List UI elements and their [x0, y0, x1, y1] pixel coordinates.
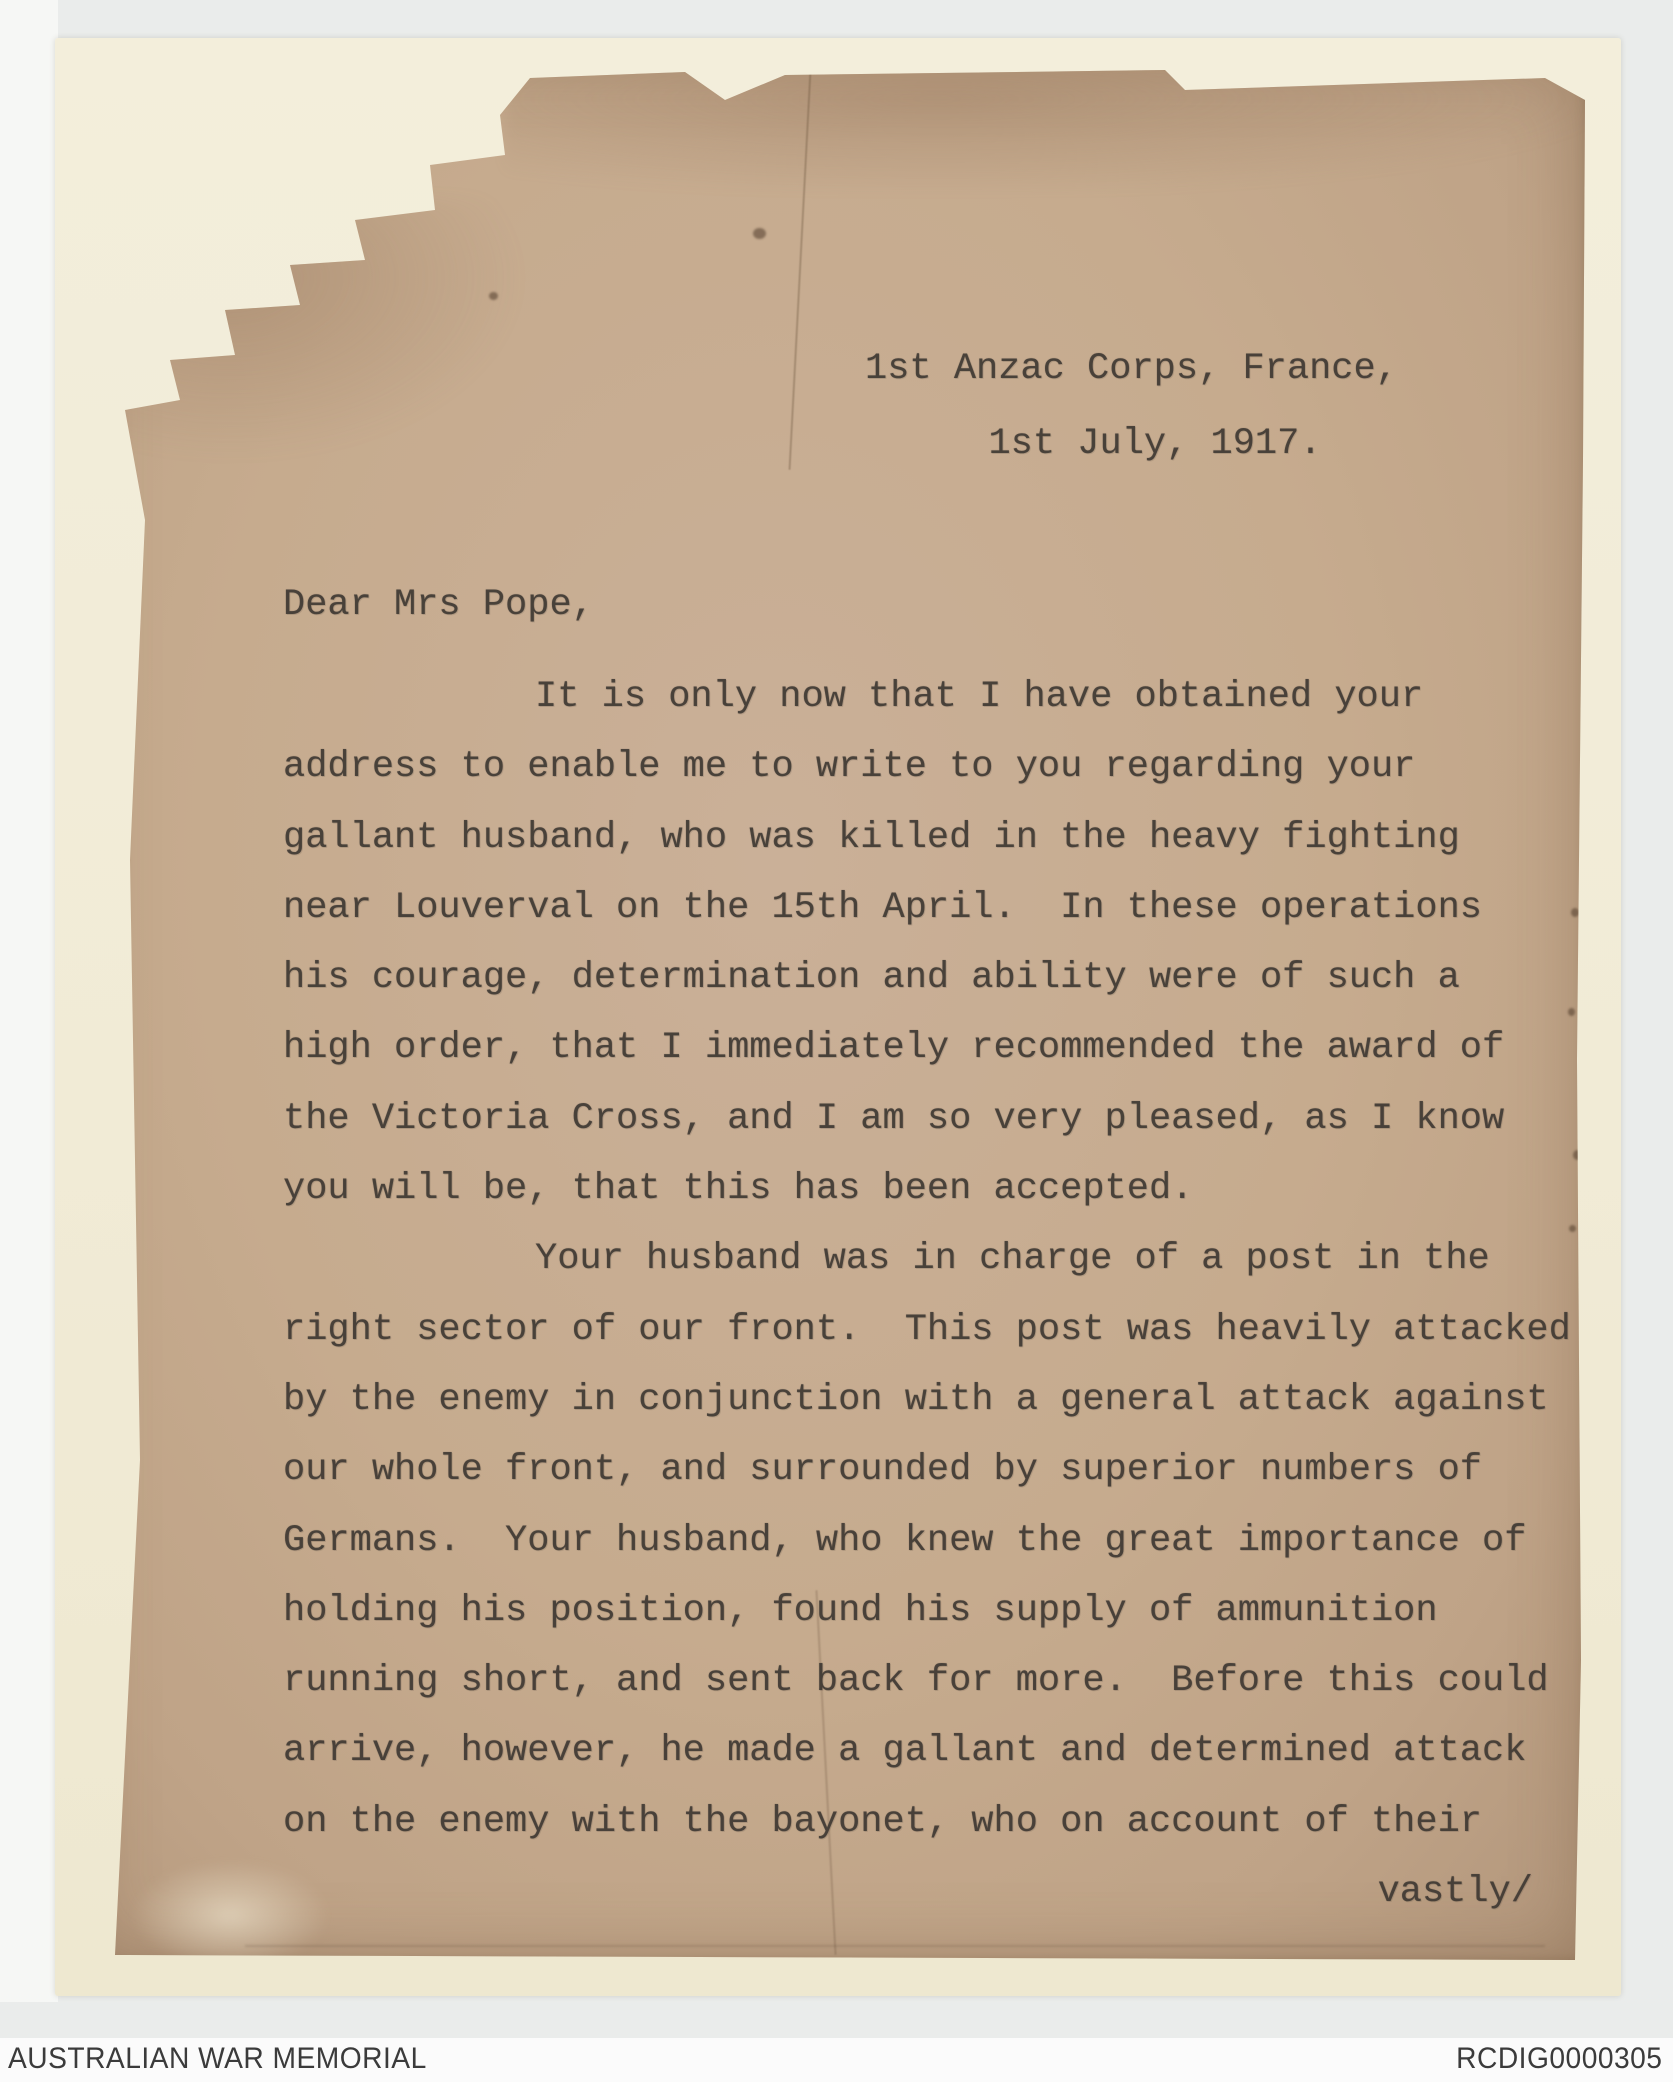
body-line: address to enable me to write to you reg…	[283, 732, 1563, 802]
letterhead-place-line: 1st Anzac Corps, France,	[865, 332, 1445, 407]
body-line: near Louverval on the 15th April. In the…	[283, 873, 1563, 943]
body-line: the Victoria Cross, and I am so very ple…	[283, 1084, 1563, 1154]
letter-body: It is only now that I have obtained your…	[283, 662, 1563, 1927]
body-line: right sector of our front. This post was…	[283, 1295, 1563, 1365]
crease-line-bottom	[245, 1945, 1545, 1947]
body-line: Your husband was in charge of a post in …	[283, 1224, 1563, 1294]
edge-speck	[1569, 1225, 1576, 1232]
body-line: running short, and sent back for more. B…	[283, 1646, 1563, 1716]
body-line: holding his position, found his supply o…	[283, 1576, 1563, 1646]
body-line: our whole front, and surrounded by super…	[283, 1435, 1563, 1505]
footer-bar: AUSTRALIAN WAR MEMORIAL RCDIG0000305	[0, 2038, 1673, 2082]
footer-archive-name: AUSTRALIAN WAR MEMORIAL	[8, 2042, 427, 2076]
body-line: by the enemy in conjunction with a gener…	[283, 1365, 1563, 1435]
body-line: arrive, however, he made a gallant and d…	[283, 1716, 1563, 1786]
edge-speck	[1571, 908, 1579, 917]
letter-paper: 1st Anzac Corps, France, 1st July, 1917.…	[85, 60, 1585, 1960]
letterhead-date-line: 1st July, 1917.	[865, 407, 1445, 482]
body-line: It is only now that I have obtained your	[283, 662, 1563, 732]
body-line: you will be, that this has been accepted…	[283, 1154, 1563, 1224]
letterhead: 1st Anzac Corps, France, 1st July, 1917.	[865, 332, 1445, 482]
body-line: Germans. Your husband, who knew the grea…	[283, 1506, 1563, 1576]
scanner-edge-strip	[0, 0, 58, 2002]
ink-speck	[489, 292, 498, 300]
scanned-letter-page: 1st Anzac Corps, France, 1st July, 1917.…	[0, 0, 1673, 2082]
footer-reference-id: RCDIG0000305	[1456, 2042, 1662, 2076]
body-line: his courage, determination and ability w…	[283, 943, 1563, 1013]
catchword-line: vastly/	[283, 1857, 1563, 1927]
body-line: high order, that I immediately recommend…	[283, 1013, 1563, 1083]
body-line: on the enemy with the bayonet, who on ac…	[283, 1787, 1563, 1857]
edge-speck	[1568, 1008, 1575, 1016]
salutation: Dear Mrs Pope,	[283, 588, 594, 622]
ink-speck	[753, 228, 766, 239]
body-line: gallant husband, who was killed in the h…	[283, 803, 1563, 873]
